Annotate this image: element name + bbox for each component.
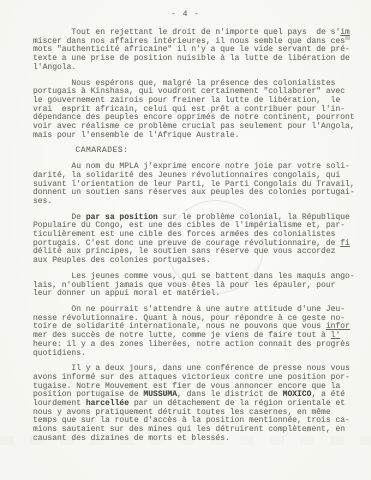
document-body: Tout en rejettant le droit de n'importe … xyxy=(33,29,359,451)
paragraph-6: On ne pourrait s'attendre à une autre at… xyxy=(33,306,359,358)
paragraph-2: Nous espérons que, malgré la présence de… xyxy=(33,80,359,141)
scan-noise-band xyxy=(0,436,371,445)
paragraph-3: Au nom du MPLA j'exprime encore notre jo… xyxy=(33,163,359,207)
paragraph-1: Tout en rejettant le droit de n'importe … xyxy=(33,29,359,73)
paragraph-4: De par sa position sur le problème colon… xyxy=(33,214,359,266)
paragraph-7: Il y a deux jours, dans une conférence d… xyxy=(33,365,359,443)
section-heading: CAMARADES: xyxy=(33,147,359,156)
page-number: - 4 - xyxy=(0,10,371,19)
scan-artifact-speck xyxy=(345,36,350,40)
document-page: - 4 - Tout en rejettant le droit de n'im… xyxy=(0,0,371,480)
paragraph-5: Les jeunes comme vous, qui se battent da… xyxy=(33,273,359,299)
